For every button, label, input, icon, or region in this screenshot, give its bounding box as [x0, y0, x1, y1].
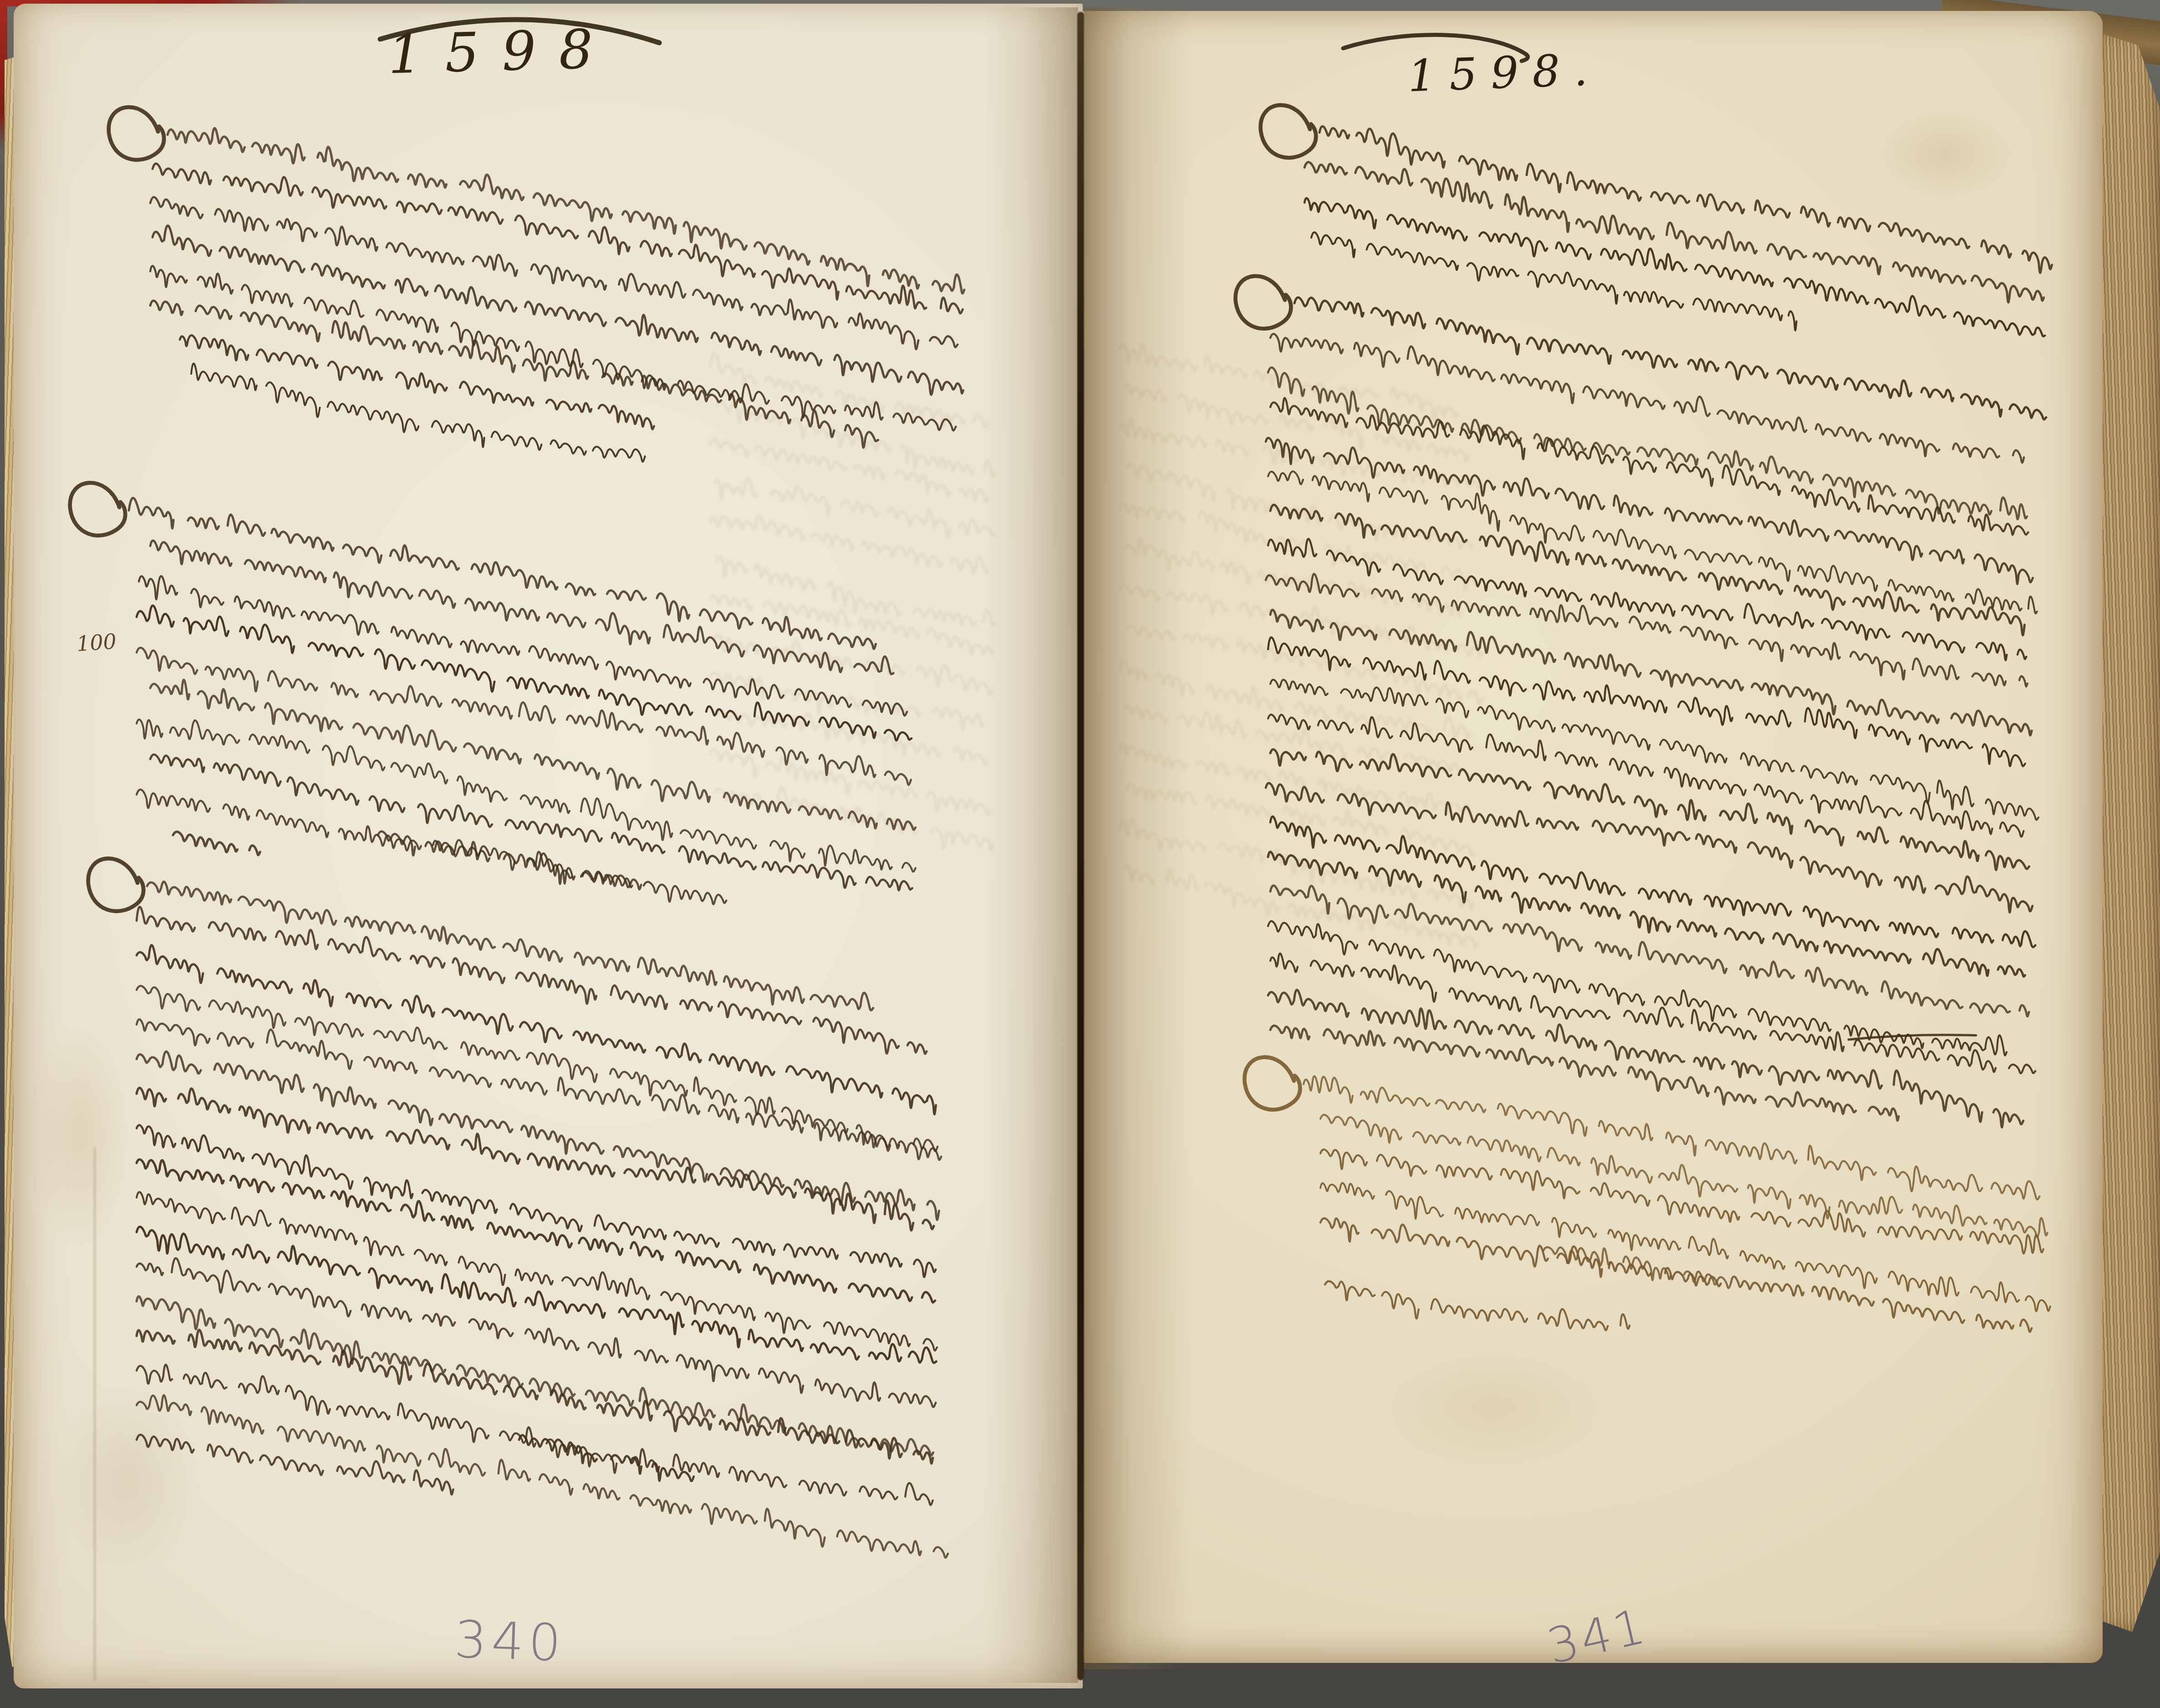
handwriting-line	[137, 713, 925, 878]
margin-note-100: 100	[76, 629, 117, 656]
handwriting-line	[137, 599, 926, 746]
handwriting-line	[173, 831, 272, 856]
handwriting-line	[1270, 796, 2043, 968]
year-heading-left: 1598	[387, 17, 616, 86]
handwriting-line	[150, 294, 889, 454]
ghost-showthrough-line	[1125, 864, 1487, 948]
handwriting-line	[1266, 553, 2041, 708]
handwriting-line	[1304, 149, 2052, 314]
handwriting-layer	[0, 0, 2160, 1708]
handwriting-line	[147, 877, 883, 1015]
initial-letter-flourish	[88, 858, 143, 912]
handwriting-line	[519, 1433, 708, 1483]
handwriting-line	[139, 572, 918, 720]
ghost-showthrough-line	[1125, 539, 1470, 617]
handwriting-line	[378, 831, 648, 890]
handwriting-line	[153, 162, 971, 315]
handwriting-line	[1320, 1096, 2057, 1255]
ghost-showthrough-line	[1120, 584, 1495, 657]
handwriting-line	[137, 1433, 464, 1496]
ghost-showthrough-line	[715, 479, 1004, 539]
handwriting-line	[1325, 1274, 1640, 1337]
handwriting-line	[137, 941, 946, 1119]
folio-number-left: 340	[453, 1610, 566, 1673]
handwriting-line	[1268, 350, 2041, 536]
initial-letter-flourish	[108, 107, 164, 160]
handwriting-line	[137, 785, 739, 909]
ghost-showthrough-line	[1120, 817, 1483, 911]
handwriting-line	[1320, 1197, 2040, 1353]
handwriting-line	[1270, 315, 2038, 481]
ghost-showthrough-line	[710, 515, 1001, 573]
handwriting-line	[137, 1154, 948, 1308]
handwriting-line	[168, 124, 974, 298]
handwriting-line	[1270, 733, 2043, 886]
handwriting-line	[129, 494, 884, 653]
year-heading-right: 1598.	[1407, 44, 1602, 102]
initial-letter-flourish	[1235, 275, 1291, 329]
ghost-showthrough-line	[1120, 343, 1471, 422]
handwriting-line	[1320, 1126, 2055, 1276]
handwriting-line	[153, 224, 971, 397]
handwriting-line	[1270, 1008, 1910, 1138]
handwriting-line	[1268, 970, 2032, 1147]
initial-letter-flourish	[70, 483, 125, 535]
handwriting-line	[1304, 186, 2053, 348]
initial-letter-flourish	[1244, 1056, 1301, 1110]
handwriting-line	[150, 193, 969, 352]
handwriting-line	[137, 1388, 959, 1564]
initial-letter-flourish	[1260, 105, 1316, 158]
handwriting-line	[137, 1291, 945, 1461]
